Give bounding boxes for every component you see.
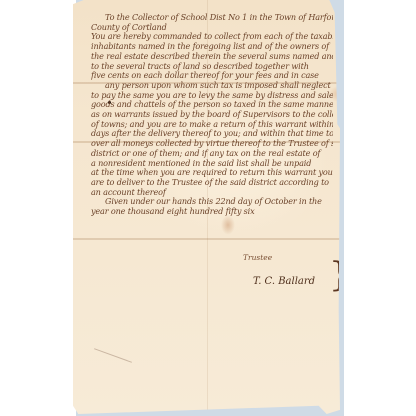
text-line: any person upon whom such tax is imposed… bbox=[91, 81, 333, 91]
signature: T. C. Ballard bbox=[253, 276, 315, 287]
text-line: inhabitants named in the foregoing list … bbox=[91, 42, 333, 52]
signer-role: Trustees bbox=[347, 242, 356, 275]
text-line: County of Cortland bbox=[91, 23, 333, 33]
text-line: Given under our hands this 22nd day of O… bbox=[91, 197, 333, 207]
text-line: to the several tracts of land so describ… bbox=[91, 62, 333, 72]
text-line: of towns; and you are to make a return o… bbox=[91, 120, 333, 130]
text-line: the real estate described therein the se… bbox=[91, 52, 333, 62]
text-line: To the Collector of School Dist No 1 in … bbox=[91, 13, 333, 23]
warrant-body: To the Collector of School Dist No 1 in … bbox=[91, 13, 333, 217]
closing-text: Trustee bbox=[243, 253, 272, 262]
text-line: You are hereby commanded to collect from… bbox=[91, 32, 333, 42]
text-line: an account thereof bbox=[91, 188, 333, 198]
text-line: a nonresident mentioned in the said list… bbox=[91, 159, 333, 169]
text-line: year one thousand eight hundred fifty si… bbox=[91, 207, 333, 217]
text-line: over all moneys collected by virtue ther… bbox=[91, 139, 333, 149]
text-line: district or one of them; and if any tax … bbox=[91, 149, 333, 159]
text-line: as on warrants issued by the board of Su… bbox=[91, 110, 333, 120]
text-line: days after the delivery thereof to you; … bbox=[91, 129, 333, 139]
text-line: at the time when you are required to ret… bbox=[91, 168, 333, 178]
text-line: five cents on each dollar thereof for yo… bbox=[91, 71, 333, 81]
text-line: goods and chattels of the person so taxe… bbox=[91, 100, 333, 110]
text-line: to pay the same you are to levy the same… bbox=[91, 91, 333, 101]
text-line: are to deliver to the Trustee of the sai… bbox=[91, 178, 333, 188]
document-page: To the Collector of School Dist No 1 in … bbox=[73, 0, 340, 414]
paper-crease bbox=[94, 348, 132, 363]
